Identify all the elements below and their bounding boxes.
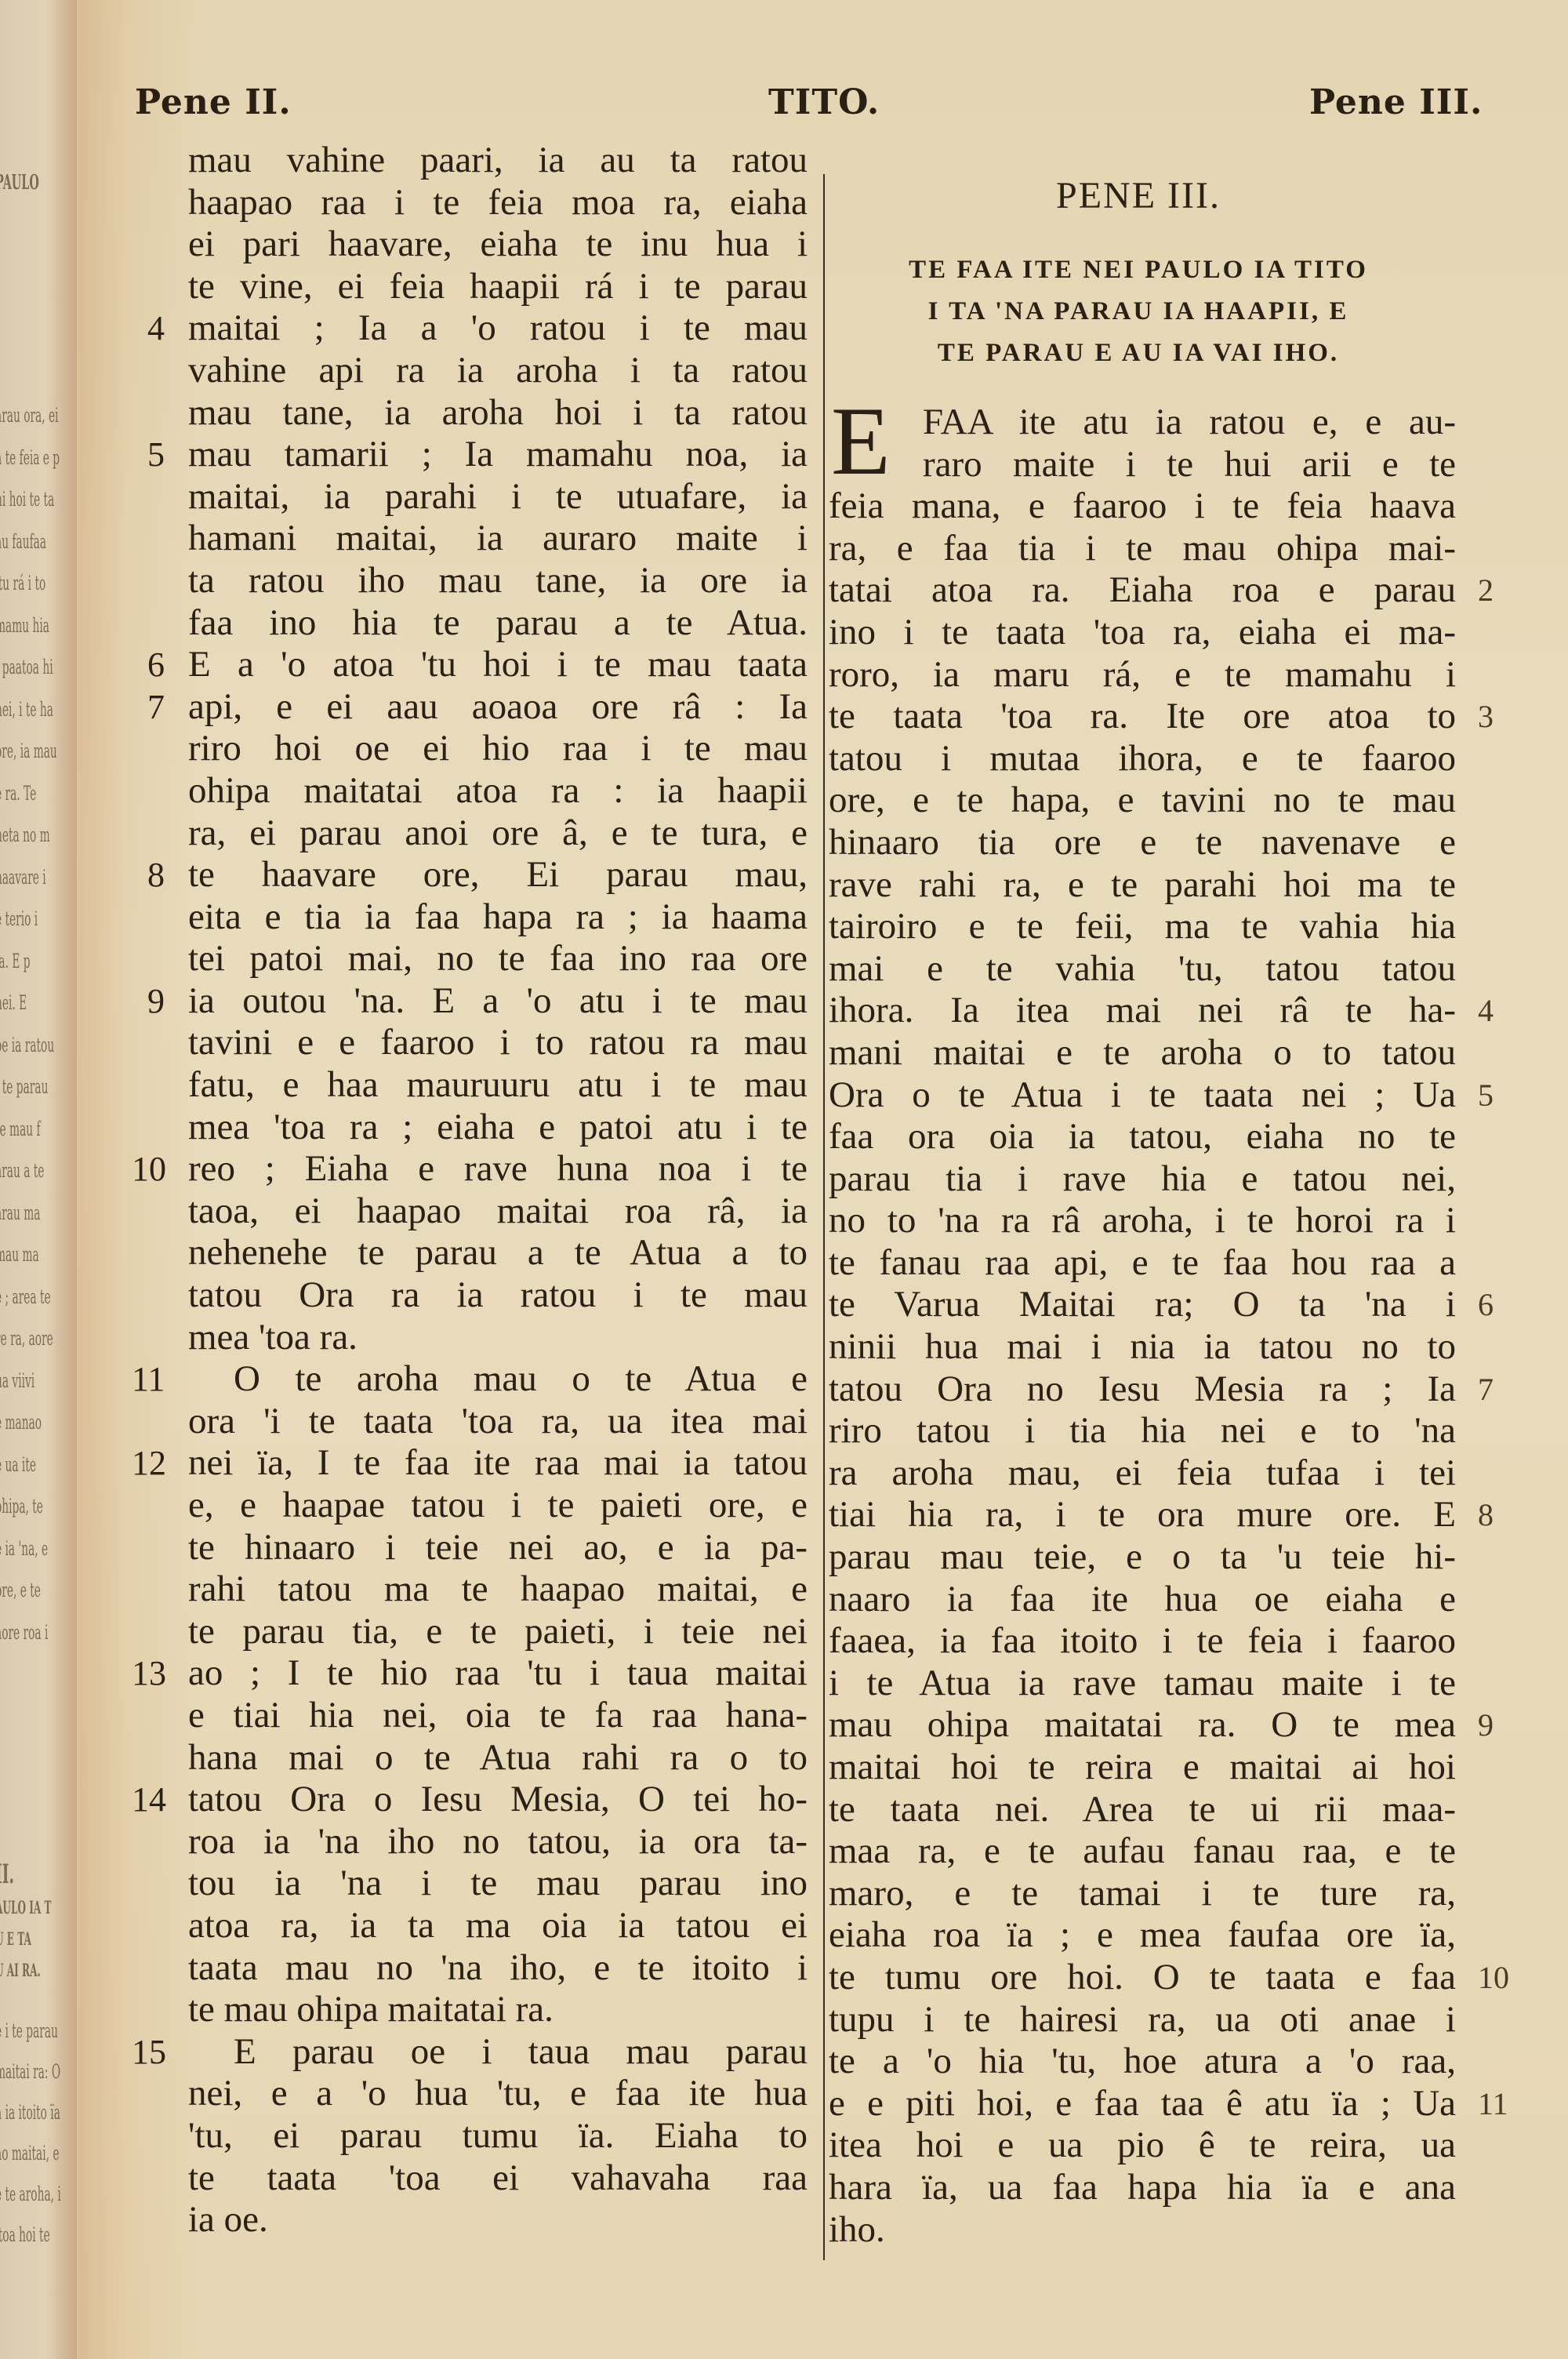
verse-number: 7: [1478, 1369, 1494, 1411]
line-text: 'tu, ei parau tumu ïa. Eiaha to: [188, 2115, 808, 2156]
text-line: tupu i te hairesi ra, ua oti anae i: [829, 1999, 1456, 2041]
line-text: maa ra, e te aufau fanau raa, e te: [829, 1830, 1456, 1871]
text-line: te Varua Maitai ra; O ta 'na i6: [829, 1284, 1456, 1326]
text-line: nei ïa, I te faa ite raa mai ia tatou12: [188, 1442, 808, 1485]
verse-number: 10: [1478, 1957, 1509, 1999]
text-line: maa ra, e te aufau fanau raa, e te: [829, 1830, 1456, 1873]
left-column-text: mau vahine paari, ia au ta ratouhaapao r…: [188, 140, 808, 2241]
text-line: ore, e te hapa, e tavini no te mau: [829, 780, 1456, 822]
text-line: E parau oe i taua mau parau15: [188, 2031, 808, 2074]
text-line: ao ; I te hio raa 'tu i taua maitai13: [188, 1652, 808, 1695]
line-text: parau mau teie, e o ta 'u teie hi-: [829, 1536, 1456, 1577]
facing-page-text: e terio i: [0, 907, 38, 930]
text-line: tou ia 'na i te mau parau ino: [188, 1863, 808, 1905]
summary-line: TE FAA ITE NEI PAULO IA TITO: [829, 249, 1448, 291]
line-text: mea 'toa ra.: [188, 1317, 358, 1358]
line-text: te a 'o hia 'tu, hoe atura a 'o raa,: [829, 2041, 1456, 2081]
verse-number: 8: [147, 854, 165, 896]
text-line: ra, ei parau anoi ore â, e te tura, e: [188, 812, 808, 855]
verse-number: 11: [1478, 2083, 1508, 2125]
line-text: tatou Ora no Iesu Mesia ra ; Ia: [829, 1369, 1456, 1409]
facing-page-text: II.: [0, 1859, 14, 1890]
line-text: tiai hia ra, i te ora mure ore. E: [829, 1494, 1456, 1535]
text-line: hinaaro tia ore e te navenave e: [829, 822, 1456, 864]
line-text: ta ratou iho mau tane, ia ore ia: [188, 560, 808, 601]
text-line: feia mana, e faaroo i te feia haava: [829, 485, 1456, 528]
facing-page-text: nei. E: [0, 991, 27, 1014]
column-divider: [823, 174, 825, 2260]
facing-page-text: aore roa i: [0, 1621, 48, 1644]
line-text: ei pari haavare, eiaha te inu hua i: [188, 224, 808, 264]
text-line: te taata nei. Area te ui rii maa-: [829, 1789, 1456, 1831]
verse-number: 7: [147, 686, 165, 729]
text-line: atoa ra, ia ta ma oia ia tatou ei: [188, 1905, 808, 1947]
text-line: parau tia i rave hia e tatou nei,: [829, 1158, 1456, 1201]
facing-page-edge: PAULOarau ora, eia te feia e phi hoi te …: [0, 0, 77, 2359]
verse-number: 13: [132, 1652, 166, 1695]
summary-line: I TA 'NA PARAU IA HAAPII, E: [829, 291, 1448, 333]
line-text: hana mai o te Atua rahi ra o to: [188, 1737, 808, 1778]
line-text: e, e haapae tatou i te paieti ore, e: [188, 1485, 808, 1525]
summary-line: TE PARAU E AU IA VAI IHO.: [829, 333, 1448, 374]
text-line: raro maite i te hui arii e te: [829, 444, 1456, 486]
text-line: mau tane, ia aroha hoi i ta ratou: [188, 392, 808, 434]
text-line: tatou Ora ra ia ratou i te mau: [188, 1274, 808, 1317]
line-text: ninii hua mai i nia ia tatou no to: [829, 1326, 1456, 1367]
text-line: ohipa maitatai atoa ra : ia haapii: [188, 770, 808, 812]
facing-page-text: te mau f: [0, 1118, 41, 1140]
line-text: faaea, ia faa itoito i te feia i faaroo: [829, 1620, 1456, 1661]
line-text: te mau ohipa maitatai ra.: [188, 1989, 554, 2030]
text-line: tatou i mutaa ihora, e te faaroo: [829, 738, 1456, 780]
line-text: taata mau no 'na iho, e te itoito i: [188, 1947, 808, 1988]
text-line: mani maitai e te aroha o to tatou: [829, 1032, 1456, 1074]
text-line: ia outou 'na. E a 'o atu i te mau9: [188, 980, 808, 1023]
verse-number: 11: [132, 1358, 165, 1401]
verse-number: 8: [1478, 1494, 1494, 1536]
text-line: tatou Ora no Iesu Mesia ra ; Ia7: [829, 1369, 1456, 1411]
facing-page-text: ao maitai, e: [0, 2142, 59, 2165]
verse-number: 6: [147, 644, 165, 686]
verse-number: 14: [132, 1779, 166, 1821]
line-text: te vine, ei feia haapii rá i te parau: [188, 266, 808, 307]
text-line: rahi tatou ma te haapao maitai, e: [188, 1568, 808, 1611]
line-text: i te Atua ia rave tamau maite i te: [829, 1663, 1456, 1703]
facing-page-text: re ra, aore: [0, 1327, 53, 1350]
facing-page-text: a ia itoito ïa: [0, 2101, 60, 2124]
line-text: tatou Ora ra ia ratou i te mau: [188, 1274, 808, 1315]
facing-page-text: 'toa hoi te: [0, 2223, 50, 2246]
line-text: iho.: [829, 2209, 885, 2250]
text-line: mau ohipa maitatai ra. O te mea9: [829, 1704, 1456, 1747]
verse-number: 6: [1478, 1284, 1494, 1326]
text-line: te mau ohipa maitatai ra.: [188, 1989, 808, 2031]
text-line: mau vahine paari, ia au ta ratou: [188, 140, 808, 182]
line-text: hara ïa, ua faa hapa hia ïa e ana: [829, 2167, 1456, 2208]
facing-page-text: AULO IA T: [0, 1898, 51, 1918]
facing-page-text: ua viivi: [0, 1369, 34, 1392]
text-line: te a 'o hia 'tu, hoe atura a 'o raa,: [829, 2041, 1456, 2083]
line-text: hinaaro tia ore e te navenave e: [829, 822, 1456, 863]
line-text: atoa ra, ia ta ma oia ia tatou ei: [188, 1905, 808, 1946]
facing-page-text: e manao: [0, 1411, 42, 1434]
verse-number: 5: [1478, 1074, 1494, 1117]
line-text: ihora. Ia itea mai nei râ te ha-: [829, 990, 1456, 1030]
facing-page-text: ohipa, te: [0, 1495, 43, 1518]
line-text: taoa, ei haapao maitai roa râ, ia: [188, 1190, 808, 1231]
line-text: ao ; I te hio raa 'tu i taua maitai: [188, 1652, 808, 1693]
text-line: no to 'na ra râ aroha, i te horoi ra i: [829, 1200, 1456, 1242]
text-line: ei pari haavare, eiaha te inu hua i: [188, 224, 808, 266]
facing-page-text: e ra. Te: [0, 782, 36, 805]
line-text: faa ino hia te parau a te Atua.: [188, 602, 808, 643]
facing-page-text: ïa. E p: [0, 950, 31, 972]
line-text: ora 'i te taata 'toa ra, ua itea mai: [188, 1401, 808, 1441]
facing-page-text: e ia 'na, e: [0, 1537, 48, 1560]
right-column-text: FAA ite atu ia ratou e, e au-raro maite …: [829, 402, 1456, 2251]
text-line: api, e ei aau aoaoa ore râ : Ia7: [188, 686, 808, 729]
line-text: hamani maitai, ia auraro maite i: [188, 518, 808, 558]
facing-page-text: a te feia e p: [0, 446, 60, 469]
line-text: E a 'o atoa 'tu hoi i te mau taata: [188, 644, 808, 685]
text-line: ino i te taata 'toa ra, eiaha ei ma-: [829, 612, 1456, 654]
line-text: faa ora oia ia tatou, eiaha no te: [829, 1116, 1456, 1157]
facing-page-text: nei, i te ha: [0, 698, 53, 721]
text-line: hara ïa, ua faa hapa hia ïa e ana: [829, 2167, 1456, 2209]
running-header-title: TITO.: [768, 82, 880, 122]
running-header-left: Pene II.: [135, 82, 292, 122]
line-text: maitai, ia parahi i te utuafare, ia: [188, 476, 808, 517]
text-line: mau tamarii ; Ia mamahu noa, ia5: [188, 434, 808, 476]
facing-page-text: hi hoi te ta: [0, 488, 54, 511]
text-line: e, e haapae tatou i te paieti ore, e: [188, 1485, 808, 1527]
line-text: haapao raa i te feia moa ra, eiaha: [188, 182, 808, 223]
facing-page-text: e ; area te: [0, 1285, 51, 1308]
text-line: maro, e te tamai i te ture ra,: [829, 1873, 1456, 1915]
line-text: e tiai hia nei, oia te fa raa hana-: [188, 1695, 808, 1736]
line-text: ore, e te hapa, e tavini no te mau: [829, 780, 1456, 820]
line-text: tatou i mutaa ihora, e te faaroo: [829, 738, 1456, 779]
line-text: ia oe.: [188, 2199, 268, 2240]
line-text: maitai hoi te reira e maitai ai hoi: [829, 1747, 1456, 1787]
text-line: hana mai o te Atua rahi ra o to: [188, 1737, 808, 1779]
text-line: FAA ite atu ia ratou e, e au-: [829, 402, 1456, 444]
verse-number: 4: [147, 307, 165, 350]
line-text: mea 'toa ra ; eiaha e patoi atu i te: [188, 1107, 808, 1147]
facing-page-text: mamu hia: [0, 614, 49, 637]
line-text: api, e ei aau aoaoa ore râ : Ia: [188, 686, 808, 727]
line-text: mau ohipa maitatai ra. O te mea: [829, 1704, 1456, 1745]
text-line: ora 'i te taata 'toa ra, ua itea mai: [188, 1401, 808, 1443]
text-line: tei patoi mai, no te faa ino raa ore: [188, 938, 808, 980]
line-text: tupu i te hairesi ra, ua oti anae i: [829, 1999, 1456, 2040]
text-line: rave rahi ra, e te parahi hoi ma te: [829, 864, 1456, 907]
verse-number: 4: [1478, 990, 1494, 1032]
facing-page-text: arau ma: [0, 1201, 40, 1224]
line-text: mau tamarii ; Ia mamahu noa, ia: [188, 434, 808, 474]
verse-number: 15: [132, 2031, 166, 2074]
line-text: ra, ei parau anoi ore â, e te tura, e: [188, 812, 808, 853]
line-text: tei patoi mai, no te faa ino raa ore: [188, 938, 808, 979]
line-text: maitai ; Ia a 'o ratou i te mau: [188, 307, 808, 348]
text-line: faaea, ia faa itoito i te feia i faaroo: [829, 1620, 1456, 1663]
facing-page-text: e te aroha, i: [0, 2183, 61, 2205]
text-line: tiai hia ra, i te ora mure ore. E8: [829, 1494, 1456, 1536]
text-line: ta ratou iho mau tane, ia ore ia: [188, 560, 808, 602]
line-text: roa ia 'na iho no tatou, ia ora ta-: [188, 1821, 808, 1862]
verse-number: 12: [132, 1442, 166, 1485]
text-line: te taata 'toa ra. Ite ore atoa to3: [829, 696, 1456, 738]
text-line: tavini e e faaroo i to ratou ra mau: [188, 1022, 808, 1064]
facing-page-text: oe ia ratou: [0, 1034, 54, 1056]
facing-page-text: ore, e te: [0, 1579, 41, 1601]
text-line: haapao raa i te feia moa ra, eiaha: [188, 182, 808, 224]
line-text: tavini e e faaroo i to ratou ra mau: [188, 1022, 808, 1063]
text-line: 'tu, ei parau tumu ïa. Eiaha to: [188, 2115, 808, 2157]
line-text: riro tatou i tia hia nei e to 'na: [829, 1410, 1456, 1451]
line-text: te taata 'toa ra. Ite ore atoa to: [829, 696, 1456, 736]
verse-number: 2: [1478, 569, 1494, 612]
line-text: no to 'na ra râ aroha, i te horoi ra i: [829, 1200, 1456, 1241]
line-text: naaro ia faa ite hua oe eiaha e: [829, 1579, 1456, 1619]
text-line: roa ia 'na iho no tatou, ia ora ta-: [188, 1821, 808, 1863]
line-text: FAA ite atu ia ratou e, e au-: [923, 402, 1456, 442]
facing-page-text: e i te parau: [0, 2019, 58, 2042]
facing-page-text: mau ma: [0, 1243, 39, 1266]
line-text: mani maitai e te aroha o to tatou: [829, 1032, 1456, 1073]
text-line: E a 'o atoa 'tu hoi i te mau taata6: [188, 644, 808, 686]
line-text: tatai atoa ra. Eiaha roa e parau: [829, 569, 1456, 610]
text-line: ihora. Ia itea mai nei râ te ha-4: [829, 990, 1456, 1032]
facing-page-text: arau ora, ei: [0, 404, 59, 427]
line-text: eiaha roa ïa ; e mea faufaa ore ïa,: [829, 1914, 1456, 1955]
verse-number: 5: [147, 434, 165, 476]
text-line: te haavare ore, Ei parau mau,8: [188, 854, 808, 896]
text-line: parau mau teie, e o ta 'u teie hi-: [829, 1536, 1456, 1579]
line-text: te fanau raa api, e te faa hou raa a: [829, 1242, 1456, 1283]
verse-number: 9: [1478, 1704, 1494, 1747]
line-text: itea hoi e ua pio ê te reira, ua: [829, 2125, 1456, 2165]
facing-page-text: haavare i: [0, 866, 46, 889]
facing-page-text: arau a te: [0, 1159, 44, 1182]
facing-page-text: U AI RA.: [0, 1961, 41, 1981]
line-text: ra aroha mau, ei feia tufaa i tei: [829, 1452, 1456, 1493]
line-text: vahine api ra ia aroha i ta ratou: [188, 350, 808, 391]
text-line: faa ino hia te parau a te Atua.: [188, 602, 808, 645]
text-line: eiaha roa ïa ; e mea faufaa ore ïa,: [829, 1914, 1456, 1957]
line-text: mau tane, ia aroha hoi i ta ratou: [188, 392, 808, 433]
line-text: ra, e faa tia i te mau ohipa mai-: [829, 528, 1456, 569]
facing-page-text: U E TA: [0, 1929, 31, 1950]
text-line: hamani maitai, ia auraro maite i: [188, 518, 808, 560]
verse-number: 9: [147, 980, 165, 1023]
text-line: ninii hua mai i nia ia tatou no to: [829, 1326, 1456, 1369]
facing-page-text: au faufaa: [0, 530, 46, 553]
chapter-title: PENE III.: [829, 174, 1448, 217]
text-line: eita e tia ia faa hapa ra ; ia haama: [188, 896, 808, 939]
text-line: mai e te vahia 'tu, tatou tatou: [829, 948, 1456, 990]
line-text: tatou Ora o Iesu Mesia, O tei ho-: [188, 1779, 808, 1819]
line-text: riro hoi oe ei hio raa i te mau: [188, 728, 808, 769]
facing-page-text: maitai ra: O: [0, 2060, 60, 2083]
text-line: fatu, e haa mauruuru atu i te mau: [188, 1064, 808, 1107]
text-line: e e piti hoi, e faa taa ê atu ïa ; Ua11: [829, 2083, 1456, 2125]
line-text: mau vahine paari, ia au ta ratou: [188, 140, 808, 180]
text-line: te vine, ei feia haapii rá i te parau: [188, 266, 808, 308]
line-text: feia mana, e faaroo i te feia haava: [829, 485, 1456, 526]
line-text: te Varua Maitai ra; O ta 'na i: [829, 1284, 1456, 1325]
line-text: te haavare ore, Ei parau mau,: [188, 854, 808, 895]
line-text: nehenehe te parau a te Atua a to: [188, 1232, 808, 1273]
text-line: ra, e faa tia i te mau ohipa mai-: [829, 528, 1456, 570]
chapter-summary: TE FAA ITE NEI PAULO IA TITO I TA 'NA PA…: [829, 249, 1448, 374]
facing-page-text: PAULO: [0, 171, 39, 194]
line-text: te tumu ore hoi. O te taata e faa: [829, 1957, 1456, 1997]
line-text: maro, e te tamai i te ture ra,: [829, 1873, 1456, 1914]
text-line: i te Atua ia rave tamau maite i te: [829, 1663, 1456, 1705]
text-line: O te aroha mau o te Atua e11: [188, 1358, 808, 1401]
line-text: te taata nei. Area te ui rii maa-: [829, 1789, 1456, 1830]
text-line: iho.: [829, 2209, 1456, 2252]
line-text: roro, ia maru rá, e te mamahu i: [829, 654, 1456, 695]
text-line: Ora o te Atua i te taata nei ; Ua5: [829, 1074, 1456, 1117]
line-text: reo ; Eiaha e rave huna noa i te: [188, 1148, 808, 1189]
text-line: nehenehe te parau a te Atua a to: [188, 1232, 808, 1274]
text-line: maitai, ia parahi i te utuafare, ia: [188, 476, 808, 518]
line-text: parau tia i rave hia e tatou nei,: [829, 1158, 1456, 1199]
text-line: ia oe.: [188, 2199, 808, 2241]
line-text: nei, e a 'o hua 'tu, e faa ite hua: [188, 2073, 808, 2114]
text-line: riro tatou i tia hia nei e to 'na: [829, 1410, 1456, 1452]
facing-page-text: e ua ite: [0, 1453, 36, 1476]
line-text: ino i te taata 'toa ra, eiaha ei ma-: [829, 612, 1456, 652]
verse-number: 3: [1478, 696, 1494, 738]
line-text: tairoiro e te feii, ma te vahia hia: [829, 906, 1456, 947]
facing-page-text: 'tu rá i to: [0, 572, 45, 594]
text-line: vahine api ra ia aroha i ta ratou: [188, 350, 808, 392]
line-text: te taata 'toa ei vahavaha raa: [188, 2157, 808, 2198]
line-text: E parau oe i taua mau parau: [234, 2031, 808, 2072]
text-line: nei, e a 'o hua 'tu, e faa ite hua: [188, 2073, 808, 2115]
text-line: tairoiro e te feii, ma te vahia hia: [829, 906, 1456, 948]
text-line: itea hoi e ua pio ê te reira, ua: [829, 2125, 1456, 2167]
text-line: maitai ; Ia a 'o ratou i te mau4: [188, 307, 808, 350]
text-line: faa ora oia ia tatou, eiaha no te: [829, 1116, 1456, 1158]
facing-page-text: heta no m: [0, 823, 50, 846]
text-line: te fanau raa api, e te faa hou raa a: [829, 1242, 1456, 1285]
text-line: e tiai hia nei, oia te fa raa hana-: [188, 1695, 808, 1737]
text-line: te parau tia, e te paieti, i teie nei: [188, 1611, 808, 1653]
text-line: taoa, ei haapao maitai roa râ, ia: [188, 1190, 808, 1233]
running-header-right: Pene III.: [1309, 82, 1483, 122]
text-line: te hinaaro i teie nei ao, e ia pa-: [188, 1527, 808, 1569]
line-text: ia outou 'na. E a 'o atu i te mau: [188, 980, 808, 1021]
facing-page-text: i paatoa hi: [0, 656, 53, 678]
line-text: e e piti hoi, e faa taa ê atu ïa ; Ua: [829, 2083, 1456, 2124]
verse-number: 10: [132, 1148, 166, 1190]
line-text: nei ïa, I te faa ite raa mai ia tatou: [188, 1442, 808, 1483]
line-text: ohipa maitatai atoa ra : ia haapii: [188, 770, 808, 811]
facing-page-text: i te parau: [0, 1075, 48, 1098]
line-text: te hinaaro i teie nei ao, e ia pa-: [188, 1527, 808, 1568]
text-line: maitai hoi te reira e maitai ai hoi: [829, 1747, 1456, 1789]
line-text: mai e te vahia 'tu, tatou tatou: [829, 948, 1456, 989]
line-text: rave rahi ra, e te parahi hoi ma te: [829, 864, 1456, 905]
text-line: te taata 'toa ei vahavaha raa: [188, 2157, 808, 2200]
text-line: ra aroha mau, ei feia tufaa i tei: [829, 1452, 1456, 1495]
text-line: mea 'toa ra ; eiaha e patoi atu i te: [188, 1107, 808, 1149]
line-text: O te aroha mau o te Atua e: [234, 1358, 808, 1399]
text-line: naaro ia faa ite hua oe eiaha e: [829, 1579, 1456, 1621]
text-line: tatou Ora o Iesu Mesia, O tei ho-14: [188, 1779, 808, 1821]
facing-page-text: ore, ia mau: [0, 740, 57, 762]
line-text: eita e tia ia faa hapa ra ; ia haama: [188, 896, 808, 937]
line-text: tou ia 'na i te mau parau ino: [188, 1863, 808, 1903]
text-line: mea 'toa ra.: [188, 1317, 808, 1359]
text-line: te tumu ore hoi. O te taata e faa10: [829, 1957, 1456, 1999]
text-line: reo ; Eiaha e rave huna noa i te10: [188, 1148, 808, 1190]
line-text: Ora o te Atua i te taata nei ; Ua: [829, 1074, 1456, 1115]
text-line: roro, ia maru rá, e te mamahu i: [829, 654, 1456, 696]
text-line: riro hoi oe ei hio raa i te mau: [188, 728, 808, 770]
text-line: taata mau no 'na iho, e te itoito i: [188, 1947, 808, 1990]
line-text: raro maite i te hui arii e te: [923, 444, 1456, 485]
line-text: te parau tia, e te paieti, i teie nei: [188, 1611, 808, 1652]
line-text: fatu, e haa mauruuru atu i te mau: [188, 1064, 808, 1105]
line-text: rahi tatou ma te haapao maitai, e: [188, 1568, 808, 1609]
text-line: tatai atoa ra. Eiaha roa e parau2: [829, 569, 1456, 612]
